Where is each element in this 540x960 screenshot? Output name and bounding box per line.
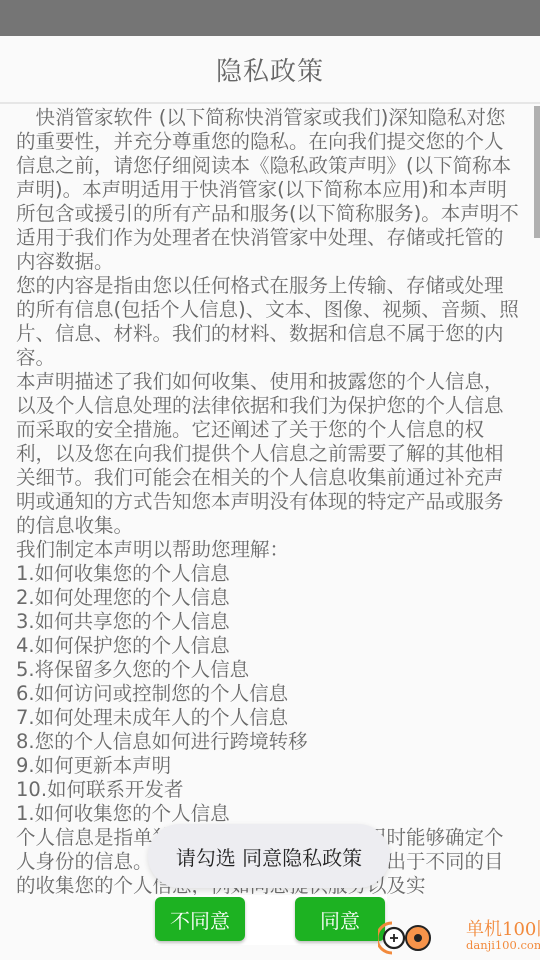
disagree-button[interactable]: 不同意 xyxy=(155,897,245,941)
toc-item: 7.如何处理未成年人的个人信息 xyxy=(16,706,522,730)
danji100-logo-icon xyxy=(378,917,438,957)
page-title: 隐私政策 xyxy=(216,51,324,88)
paragraph-scope: 本声明描述了我们如何收集、使用和披露您的个人信息，以及个人信息处理的法律依据和我… xyxy=(16,370,522,538)
toc-item: 3.如何共享您的个人信息 xyxy=(16,610,522,634)
section-title: 1.如何收集您的个人信息 xyxy=(16,802,522,826)
toc-item: 4.如何保护您的个人信息 xyxy=(16,634,522,658)
toc-item: 8.您的个人信息如何进行跨境转移 xyxy=(16,730,522,754)
status-bar xyxy=(0,0,540,36)
toast-message: 请勾选 同意隐私政策 xyxy=(176,842,362,871)
toc-item: 2.如何处理您的个人信息 xyxy=(16,586,522,610)
toc-item: 9.如何更新本声明 xyxy=(16,754,522,778)
toc-item: 10.如何联系开发者 xyxy=(16,778,522,802)
toc-item: 1.如何收集您的个人信息 xyxy=(16,562,522,586)
paragraph-content-definition: 您的内容是指由您以任何格式在服务上传输、存储或处理的所有信息(包括个人信息)、文… xyxy=(16,274,522,370)
toast: 请勾选 同意隐私政策 xyxy=(148,824,390,888)
toc-item: 6.如何访问或控制您的个人信息 xyxy=(16,682,522,706)
policy-text: 快消管家软件 (以下简称快消管家或我们)深知隐私对您的重要性，并充分尊重您的隐私… xyxy=(0,106,540,898)
watermark: 单机100网 danji100.com xyxy=(378,915,540,960)
watermark-domain: danji100.com xyxy=(466,938,540,952)
paragraph-toc-intro: 我们制定本声明以帮助您理解： xyxy=(16,538,522,562)
agree-button[interactable]: 同意 xyxy=(295,897,385,941)
header: 隐私政策 xyxy=(0,36,540,104)
scrollbar[interactable] xyxy=(534,106,540,238)
toc-item: 5.将保留多久您的个人信息 xyxy=(16,658,522,682)
paragraph-intro: 快消管家软件 (以下简称快消管家或我们)深知隐私对您的重要性，并充分尊重您的隐私… xyxy=(16,106,522,274)
